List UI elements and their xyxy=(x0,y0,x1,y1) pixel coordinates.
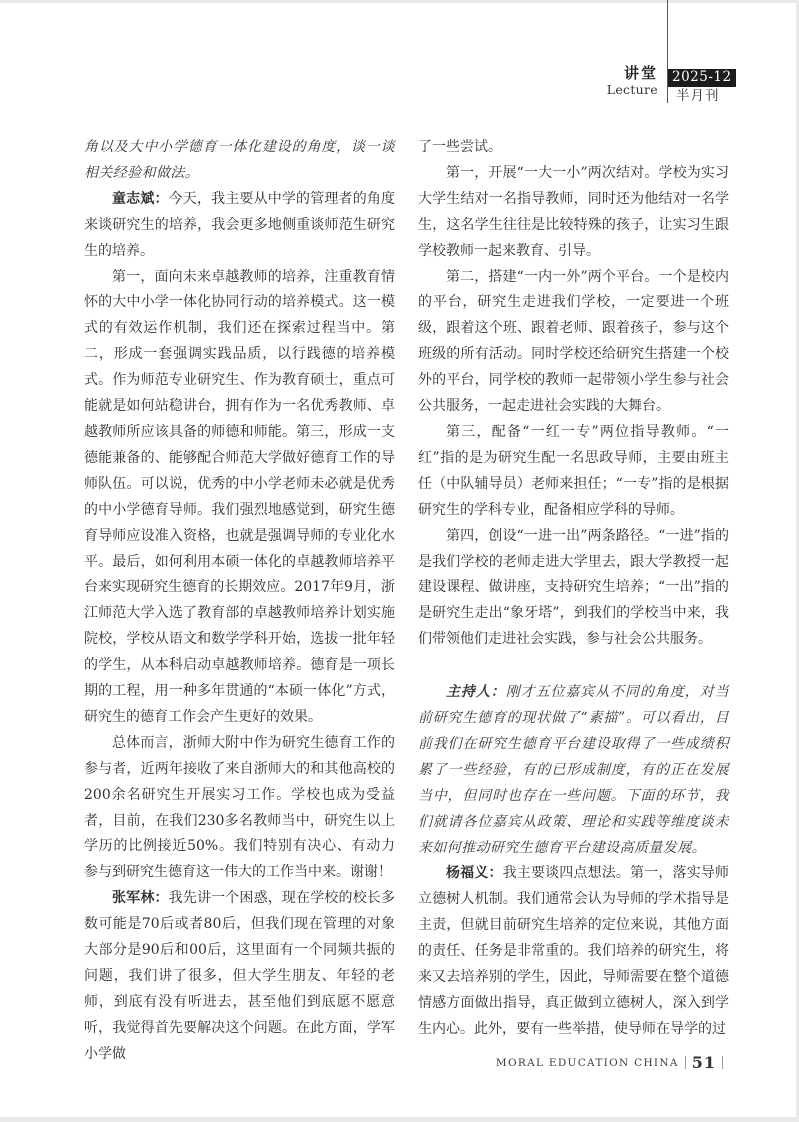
section-title-en: Lecture xyxy=(607,84,658,97)
paragraph: 了一些尝试。 xyxy=(418,135,729,161)
speaker-name: 杨福义： xyxy=(446,865,503,881)
issue-badge: 2025-12 xyxy=(668,69,736,87)
page-footer: MORAL EDUCATION CHINA 51 xyxy=(418,1053,729,1072)
paragraph: 第一，面向未来卓越教师的培养，注重教育情怀的大中小学一体化协同行动的培养模式。这… xyxy=(84,265,395,731)
paragraph: 童志斌：今天，我主要从中学的管理者的角度来谈研究生的培养，我会更多地侧重谈师范生… xyxy=(84,187,395,265)
paragraph-text: 我先讲一个困惑，现在学校的校长多数可能是70后或者80后，但我们现在管理的对象大… xyxy=(84,890,395,1061)
paragraph-text: 刚才五位嘉宾从不同的角度，对当前研究生德育的现状做了“素描”。可以看出，目前我们… xyxy=(418,684,729,855)
paragraph-text: 我主要谈四点想法。第一，落实导师立德树人机制。我们通常会认为导师的学术指导是主责… xyxy=(418,865,729,1036)
page-number: 51 xyxy=(692,1053,716,1072)
column-left: 角以及大中小学德育一体化建设的角度，谈一谈相关经验和做法。 童志斌：今天，我主要… xyxy=(84,135,395,1068)
paragraph: 张军林：我先讲一个困惑，现在学校的校长多数可能是70后或者80后，但我们现在管理… xyxy=(84,886,395,1067)
column-right: 了一些尝试。 第一，开展“一大一小”两次结对。学校为实习大学生结对一名指导教师，… xyxy=(418,135,729,1043)
footer-divider-bar xyxy=(685,1056,686,1069)
paragraph: 第一，开展“一大一小”两次结对。学校为实习大学生结对一名指导教师，同时还为他结对… xyxy=(418,161,729,265)
speaker-name: 主持人： xyxy=(446,684,506,700)
paragraph: 杨福义：我主要谈四点想法。第一，落实导师立德树人机制。我们通常会认为导师的学术指… xyxy=(418,861,729,1042)
journal-name: MORAL EDUCATION CHINA xyxy=(496,1057,679,1069)
paragraph: 第三，配备“一红一专”两位指导教师。“一红”指的是为研究生配一名思政导师，主要由… xyxy=(418,420,729,524)
speaker-name: 张军林： xyxy=(112,890,169,906)
footer-divider-bar xyxy=(722,1056,723,1069)
issue-header: 2025-12 半月刊 xyxy=(668,68,736,103)
paragraph: 总体而言，浙师大附中作为研究生德育工作的参与者，近两年接收了来自浙师大的和其他高… xyxy=(84,731,395,886)
paragraph: 角以及大中小学德育一体化建设的角度，谈一谈相关经验和做法。 xyxy=(84,135,395,187)
section-header: 讲堂 Lecture xyxy=(607,66,658,97)
paragraph: 第二，搭建“一内一外”两个平台。一个是校内的平台，研究生走进我们学校，一定要进一… xyxy=(418,265,729,420)
section-title-cn: 讲堂 xyxy=(607,66,658,81)
frequency-label: 半月刊 xyxy=(676,90,736,104)
speaker-name: 童志斌： xyxy=(112,191,169,207)
paragraph: 主持人：刚才五位嘉宾从不同的角度，对当前研究生德育的现状做了“素描”。可以看出，… xyxy=(418,680,729,861)
paragraph: 第四，创设“一进一出”两条路径。“一进”指的是我们学校的老师走进大学里去，跟大学… xyxy=(418,524,729,654)
